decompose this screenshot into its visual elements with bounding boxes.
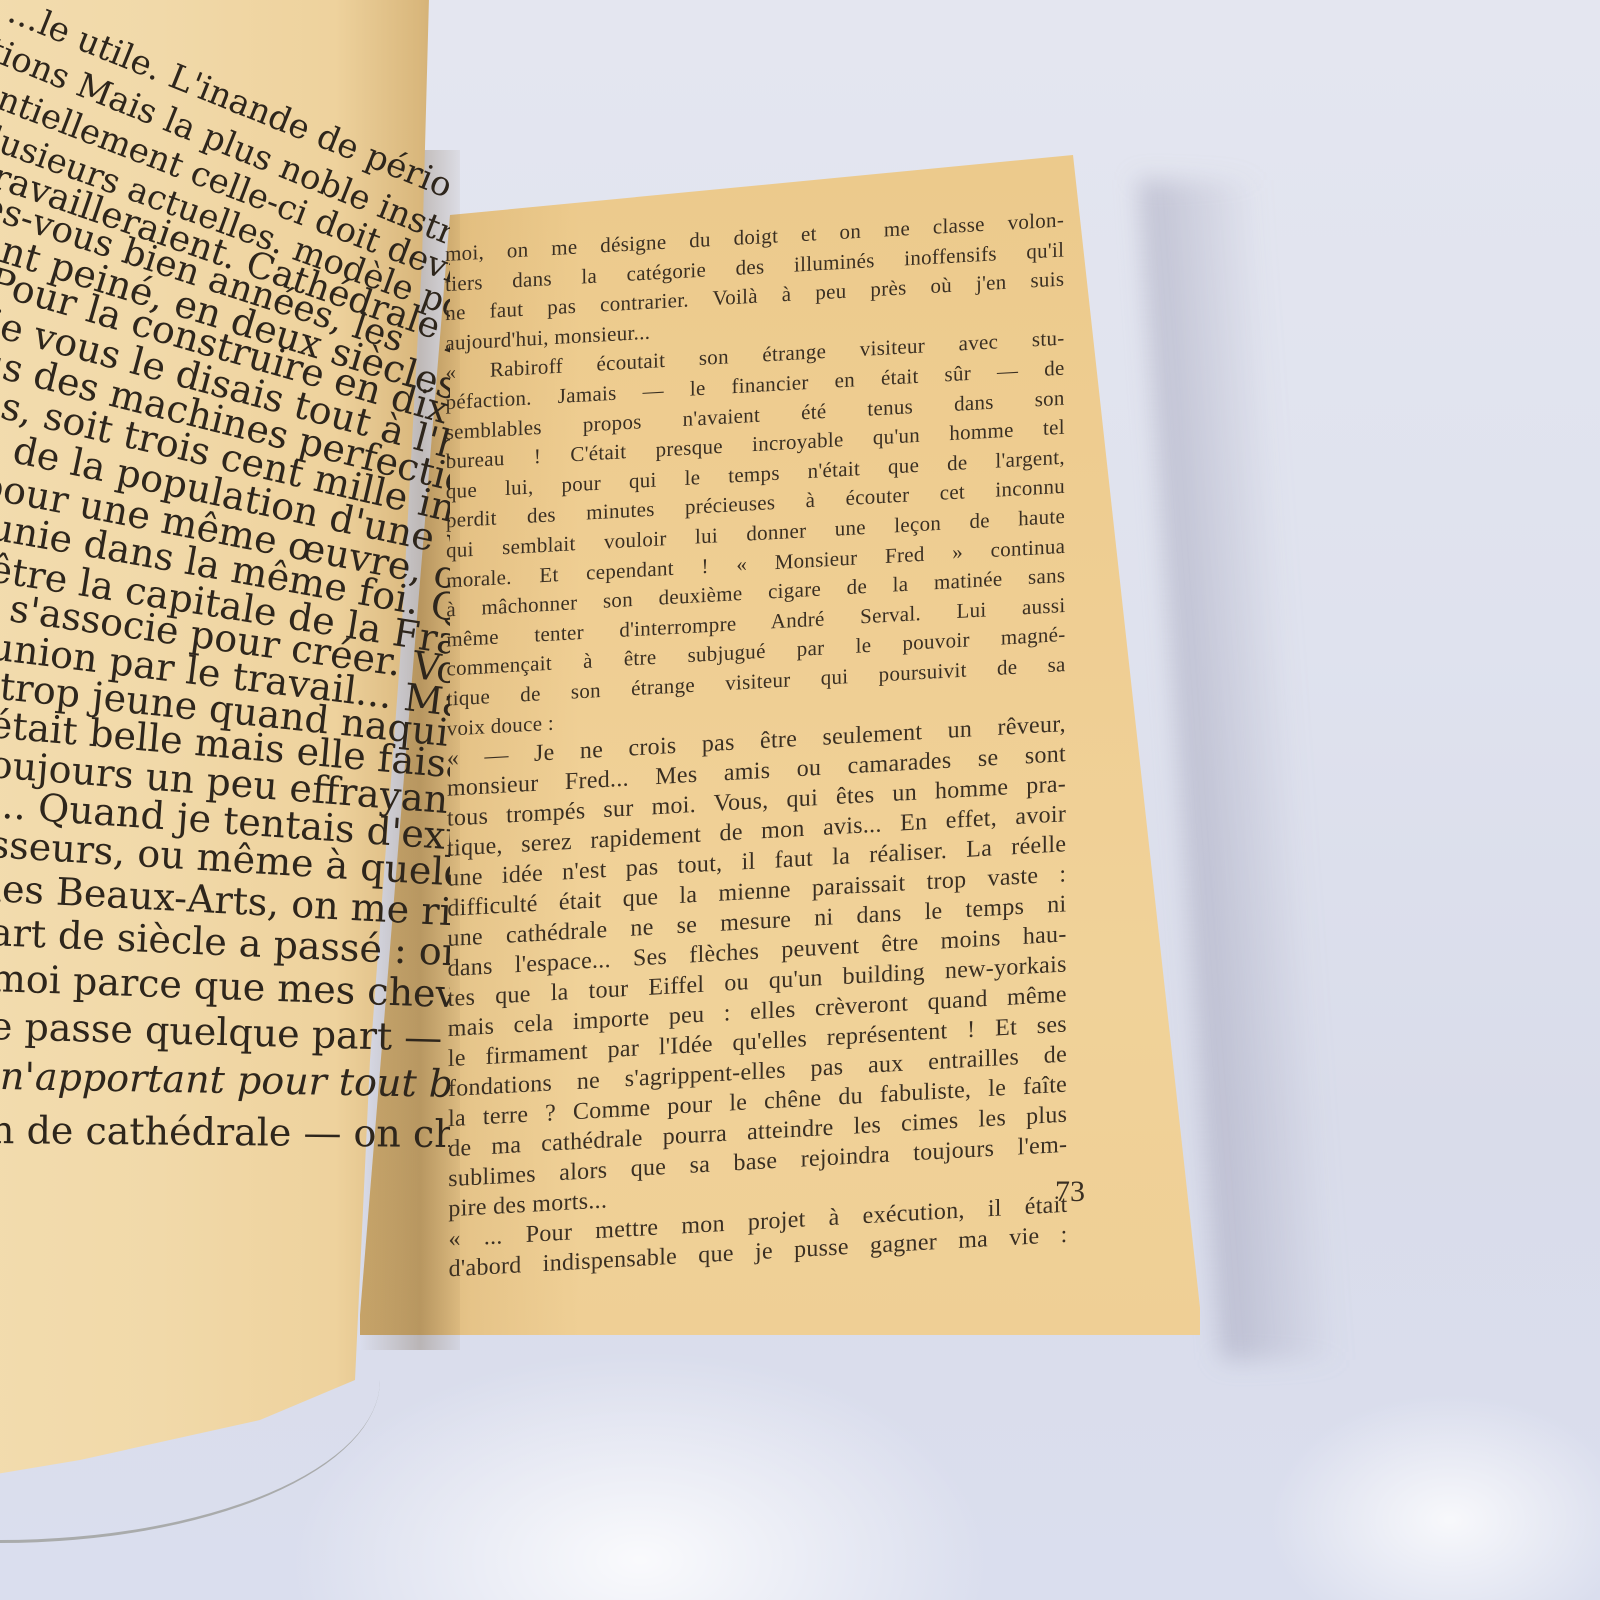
text-line: n de cathédrale — on chuchote — [0, 1108, 450, 1157]
photo-scene: moi, on me désigne du doigt et on me cla… — [0, 0, 1600, 1600]
left-page-edge — [0, 1380, 380, 1543]
right-page-text: moi, on me désigne du doigt et on me cla… — [445, 205, 1068, 1284]
page-number: 73 — [1055, 1175, 1085, 1209]
text-line: n'apportant pour tout bagage — [0, 1054, 450, 1108]
left-page-text: ...le utile. L'inande de période l'on ne… — [0, 0, 450, 1180]
